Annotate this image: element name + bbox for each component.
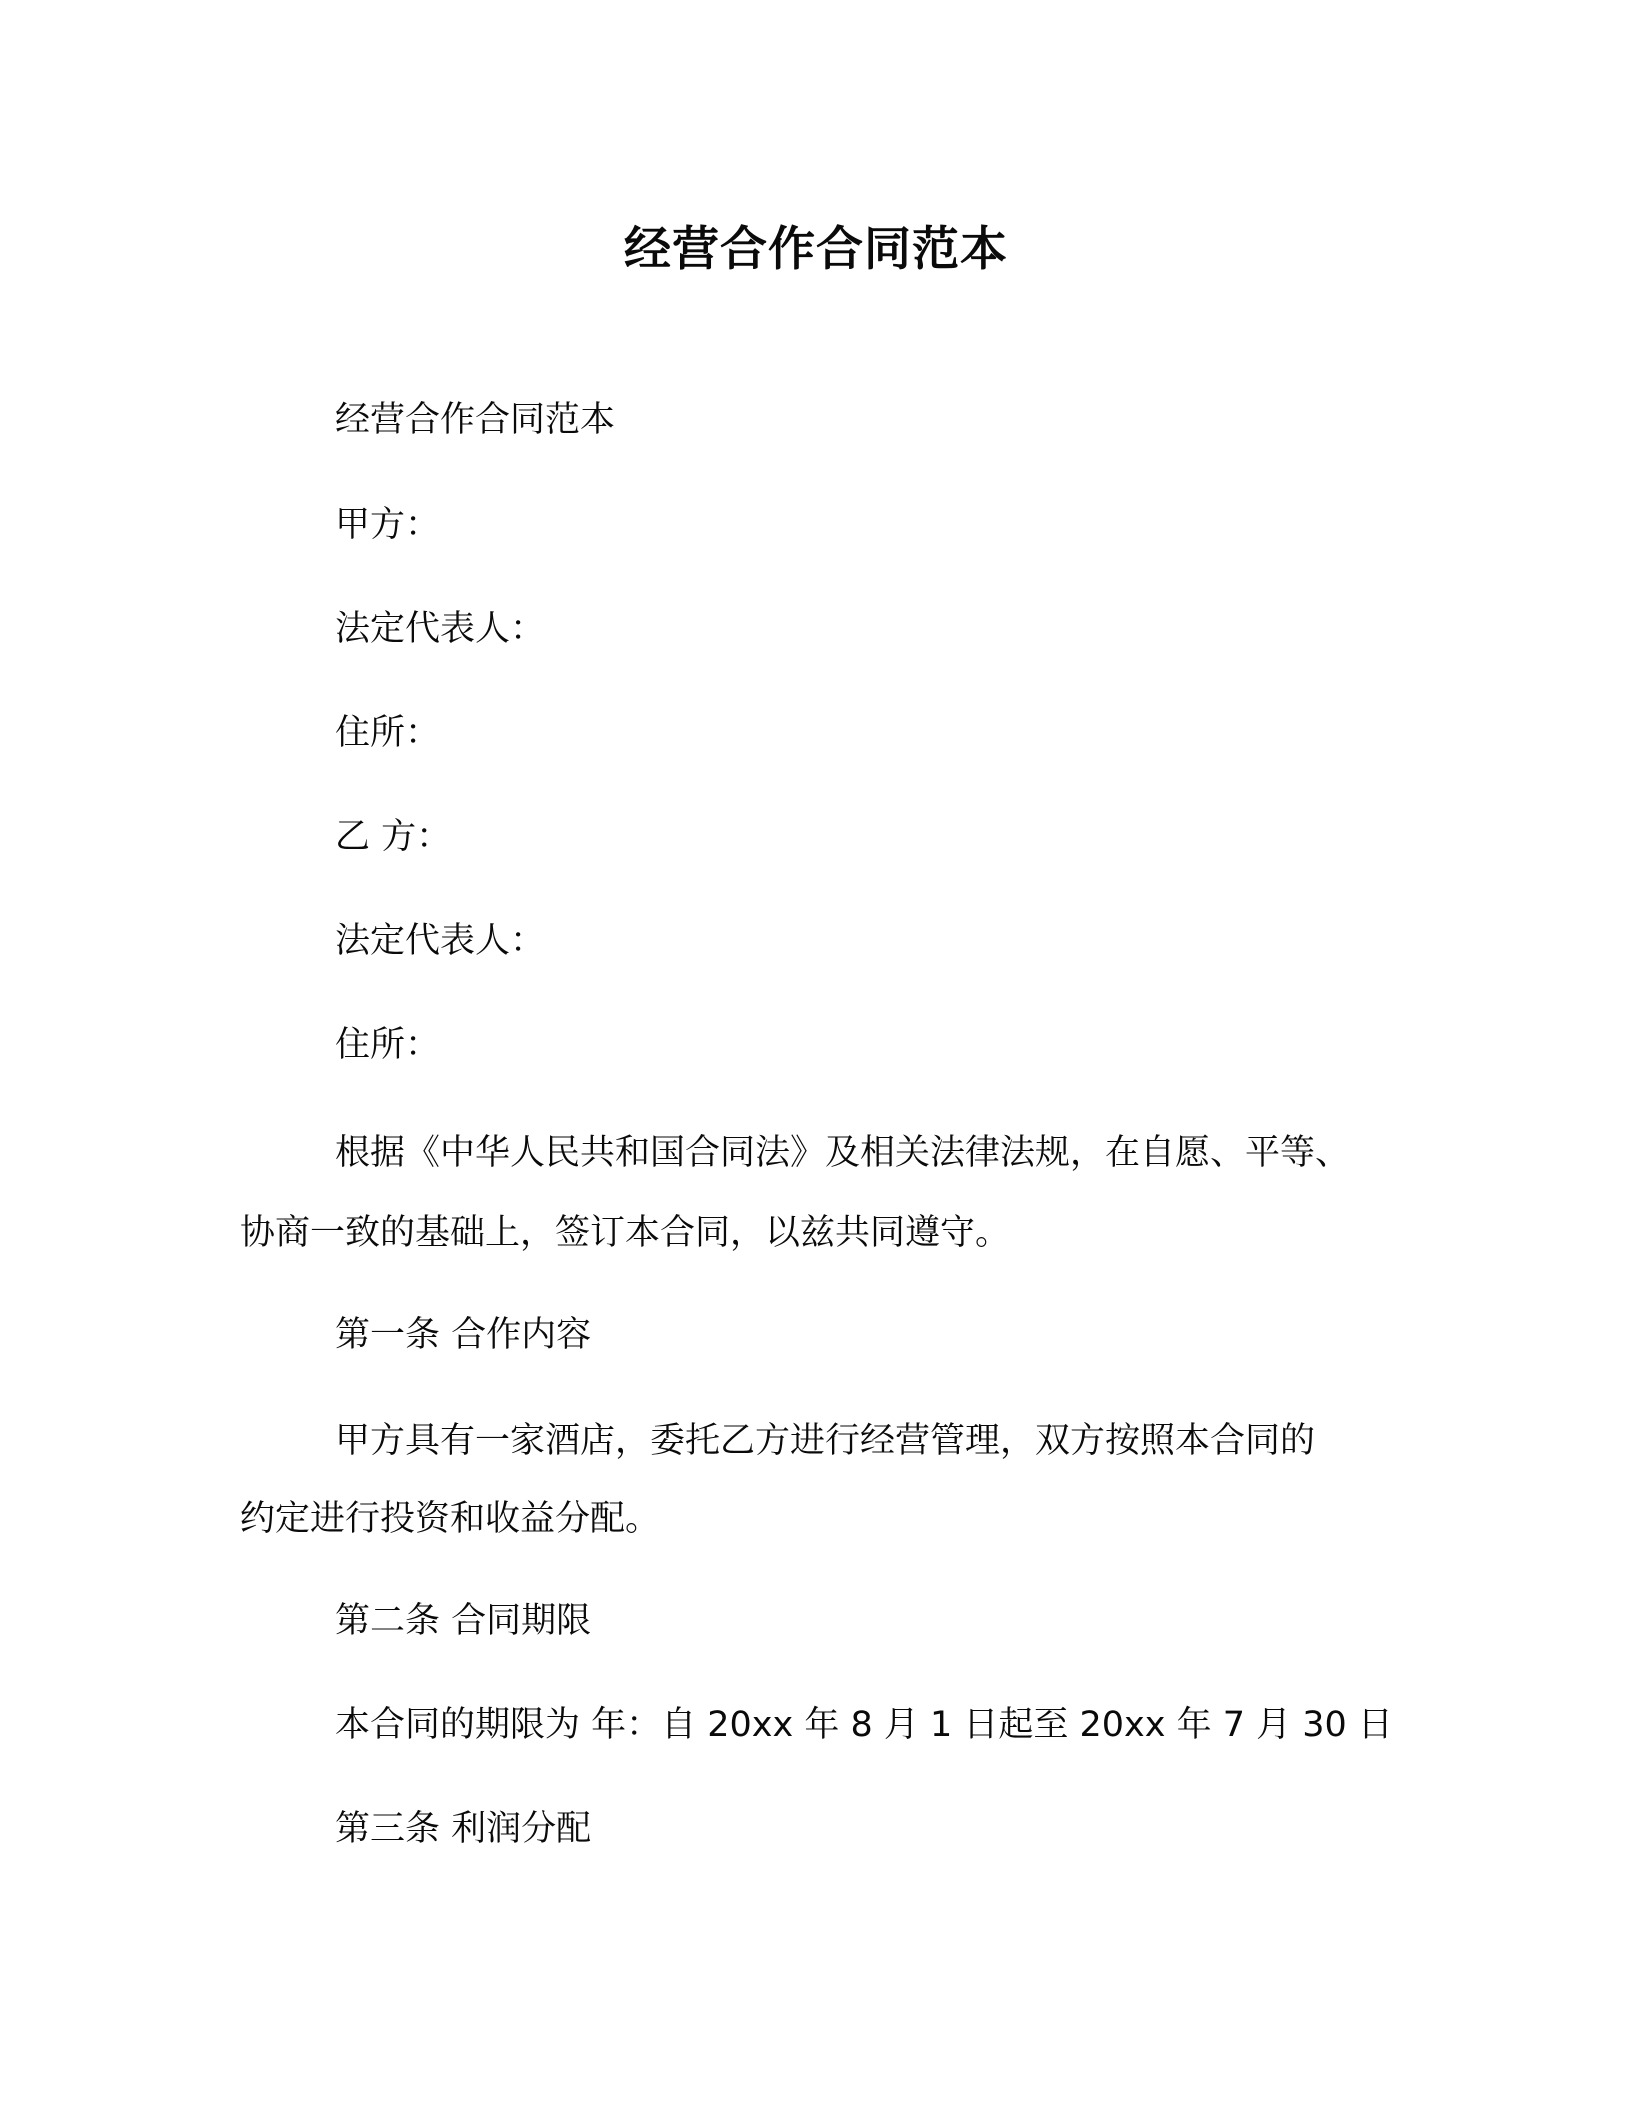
article-1-heading: 第一条 合作内容: [335, 1313, 591, 1357]
article-1-line-2: 约定进行投资和收益分配。: [240, 1497, 660, 1541]
document-subtitle: 经营合作合同范本: [335, 398, 615, 442]
party-a-label: 甲方：: [335, 503, 440, 547]
document-title: 经营合作合同范本: [0, 222, 1632, 278]
party-a-representative-label: 法定代表人：: [335, 607, 545, 651]
party-b-representative-label: 法定代表人：: [335, 919, 545, 963]
article-2-heading: 第二条 合同期限: [335, 1599, 591, 1643]
party-b-address-label: 住所：: [335, 1023, 440, 1067]
article-1-line-1: 甲方具有一家酒店，委托乙方进行经营管理，双方按照本合同的: [335, 1419, 1315, 1463]
document-page: 经营合作合同范本 经营合作合同范本 甲方： 法定代表人： 住所： 乙 方： 法定…: [0, 0, 1632, 2112]
party-b-label: 乙 方：: [335, 815, 451, 859]
article-2-line-1: 本合同的期限为 年：自 20xx 年 8 月 1 日起至 20xx 年 7 月 …: [335, 1703, 1393, 1747]
article-3-heading: 第三条 利润分配: [335, 1807, 591, 1851]
preamble-line-1: 根据《中华人民共和国合同法》及相关法律法规，在自愿、平等、: [335, 1131, 1350, 1175]
party-a-address-label: 住所：: [335, 711, 440, 755]
preamble-line-2: 协商一致的基础上，签订本合同，以兹共同遵守。: [240, 1211, 1010, 1255]
